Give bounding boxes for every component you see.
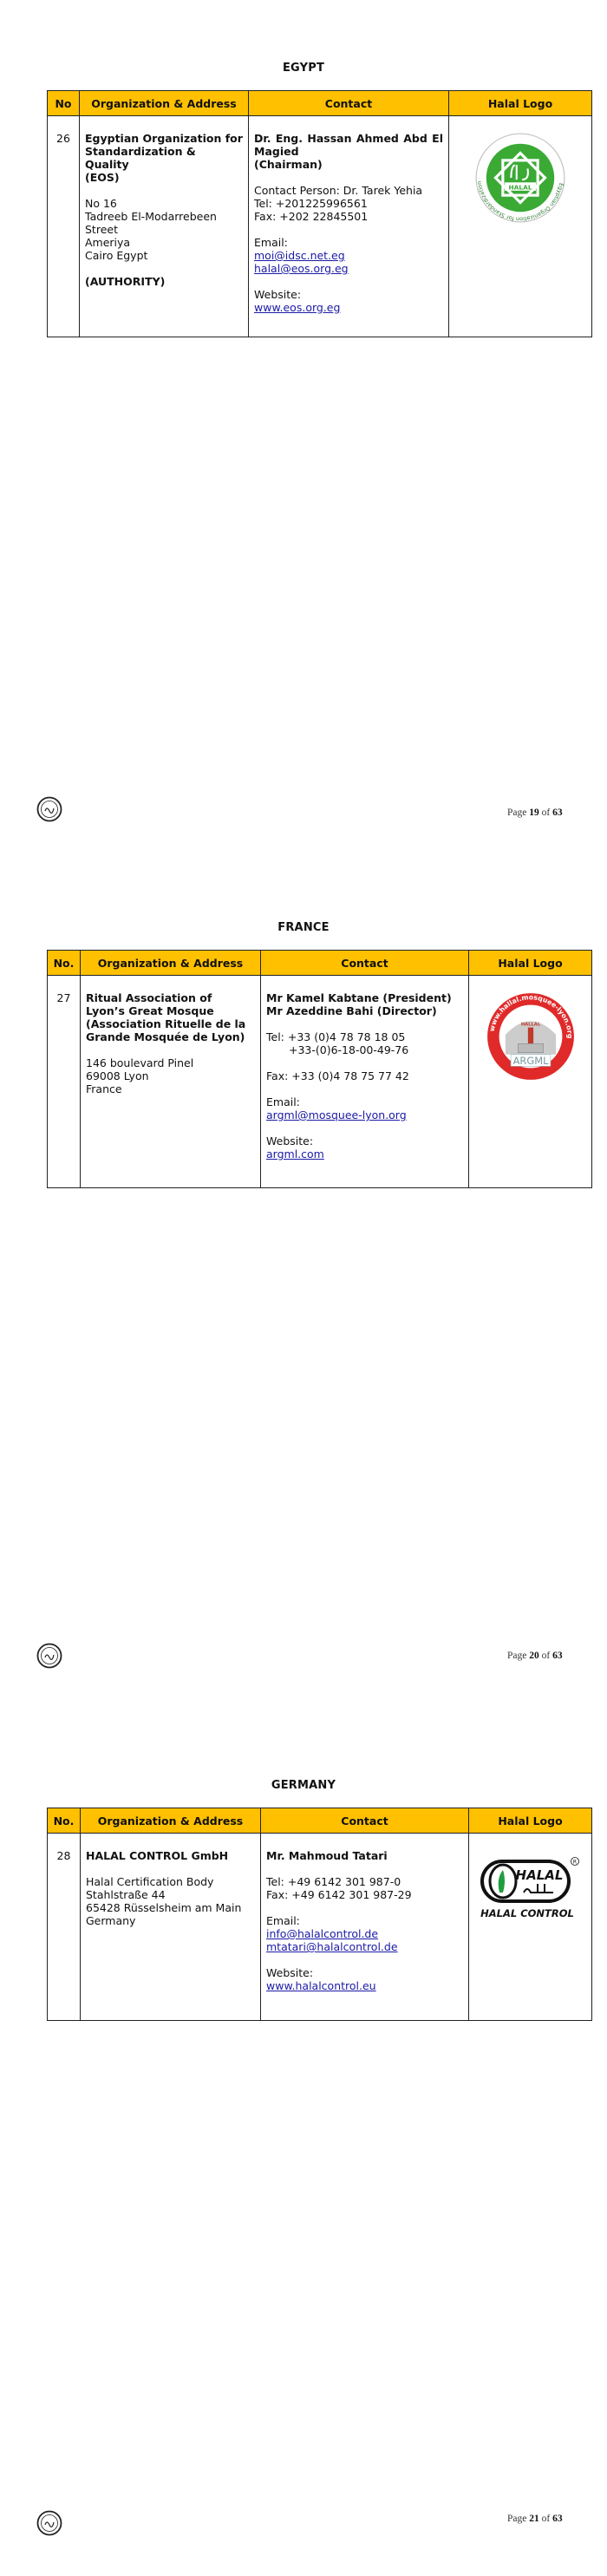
org-name-line: Egyptian Organization for <box>85 132 243 145</box>
entry-no: 27 <box>48 976 81 1188</box>
tel-secondary: +33-(0)6-18-00-49-76 <box>266 1043 463 1056</box>
col-logo: Halal Logo <box>469 951 592 976</box>
contact-cell: Dr. Eng. Hassan Ahmed Abd El Magied (Cha… <box>249 116 449 337</box>
org-name-line: Lyon’s Great Mosque <box>86 1004 255 1017</box>
col-org: Organization & Address <box>81 951 261 976</box>
contact-person: Contact Person: Dr. Tarek Yehia <box>254 184 443 197</box>
jakim-halal-seal-icon <box>36 796 62 822</box>
page-of: of <box>542 1651 551 1661</box>
tel: Tel: +33 (0)4 78 78 18 05 <box>266 1030 463 1043</box>
email-link[interactable]: argml@mosquee-lyon.org <box>266 1108 407 1121</box>
org-cell: Ritual Association of Lyon’s Great Mosqu… <box>81 976 261 1188</box>
org-name-line: HALAL CONTROL GmbH <box>86 1849 255 1862</box>
jakim-halal-seal-icon <box>36 2510 62 2536</box>
col-org: Organization & Address <box>80 91 249 116</box>
address-line: Tadreeb El-Modarrebeen Street <box>85 210 243 236</box>
contact-name: Mr. Mahmoud Tatari <box>266 1849 463 1862</box>
svg-text:HALAL CONTROL: HALAL CONTROL <box>480 1907 574 1919</box>
website-label: Website: <box>266 1966 463 1979</box>
registry-table: No Organization & Address Contact Halal … <box>47 90 592 337</box>
contact-name: Mr Kamel Kabtane (President) <box>266 991 463 1004</box>
website-link[interactable]: www.eos.org.eg <box>254 301 340 314</box>
country-heading: EGYPT <box>0 62 607 75</box>
logo-cell: HALAL Egyptian Organization for Standard… <box>449 116 592 337</box>
tel: Tel: +201225996561 <box>254 197 443 210</box>
fax: Fax: +33 (0)4 78 75 77 42 <box>266 1069 463 1082</box>
website-link[interactable]: argml.com <box>266 1147 324 1161</box>
halal-control-logo-icon: HALAL R HALAL CONTROL <box>477 1854 584 1924</box>
contact-cell: Mr. Mahmoud Tatari Tel: +49 6142 301 987… <box>261 1834 469 2021</box>
contact-cell: Mr Kamel Kabtane (President) Mr Azeddine… <box>261 976 469 1188</box>
org-name-line: Standardization & Quality <box>85 145 243 171</box>
fax: Fax: +202 22845501 <box>254 210 443 223</box>
org-name-line: Grande Mosquée de Lyon) <box>86 1030 255 1043</box>
address-line: Germany <box>86 1914 255 1927</box>
page-total: 63 <box>552 807 563 818</box>
table-row: 26 Egyptian Organization for Standardiza… <box>48 116 592 337</box>
col-contact: Contact <box>249 91 449 116</box>
email-link[interactable]: mtatari@halalcontrol.de <box>266 1940 398 1953</box>
country-heading: FRANCE <box>0 921 607 934</box>
col-no: No. <box>48 951 81 976</box>
entry-no: 28 <box>48 1834 81 2021</box>
col-contact: Contact <box>261 951 469 976</box>
country-heading: GERMANY <box>0 1779 607 1792</box>
svg-text:HALLAL: HALLAL <box>520 1023 540 1028</box>
page-prefix: Page <box>507 807 526 818</box>
col-org: Organization & Address <box>81 1808 261 1834</box>
email-link[interactable]: info@halalcontrol.de <box>266 1927 378 1940</box>
svg-text:HALAL: HALAL <box>515 1867 563 1883</box>
address-line: No 16 <box>85 197 243 210</box>
page-number: Page 21 of 63 <box>507 2514 563 2524</box>
eos-halal-logo-icon: HALAL Egyptian Organization for Standard… <box>474 132 566 224</box>
col-no: No. <box>48 1808 81 1834</box>
fax: Fax: +49 6142 301 987-29 <box>266 1888 463 1901</box>
email-link[interactable]: moi@idsc.net.eg <box>254 249 345 262</box>
address-line: Ameriya <box>85 236 243 249</box>
org-name-line: Ritual Association of <box>86 991 255 1004</box>
address-line: Stahlstraße 44 <box>86 1888 255 1901</box>
col-logo: Halal Logo <box>469 1808 592 1834</box>
page-21: GERMANY No. Organization & Address Conta… <box>0 1717 607 2576</box>
address-line: 65428 Rüsselsheim am Main <box>86 1901 255 1914</box>
jakim-halal-seal-icon <box>36 1643 62 1669</box>
table-row: 27 Ritual Association of Lyon’s Great Mo… <box>48 976 592 1188</box>
contact-name: Mr Azeddine Bahi (Director) <box>266 1004 463 1017</box>
address-line: 146 boulevard Pinel <box>86 1056 255 1069</box>
email-label: Email: <box>254 236 443 249</box>
col-logo: Halal Logo <box>449 91 592 116</box>
entry-no: 26 <box>48 116 80 337</box>
address-line: Halal Certification Body <box>86 1875 255 1888</box>
email-label: Email: <box>266 1914 463 1927</box>
page-current: 19 <box>529 807 539 818</box>
page-20: FRANCE No. Organization & Address Contac… <box>0 859 607 1717</box>
website-label: Website: <box>254 288 443 301</box>
org-name-line: (Association Rituelle de la <box>86 1017 255 1030</box>
page-current: 21 <box>529 2514 539 2524</box>
logo-cell: ARGML HALLAL www.hallal.mosquee-lyon.org <box>469 976 592 1188</box>
table-header: No. Organization & Address Contact Halal… <box>48 1808 592 1834</box>
org-name-line: (EOS) <box>85 171 243 184</box>
page-of: of <box>542 2514 551 2524</box>
page-total: 63 <box>552 1651 563 1661</box>
email-label: Email: <box>266 1095 463 1108</box>
registry-table: No. Organization & Address Contact Halal… <box>47 950 592 1188</box>
page-prefix: Page <box>507 1651 526 1661</box>
tel: Tel: +49 6142 301 987-0 <box>266 1875 463 1888</box>
registry-table: No. Organization & Address Contact Halal… <box>47 1808 592 2021</box>
address-line: France <box>86 1082 255 1095</box>
argml-halal-logo-icon: ARGML HALLAL www.hallal.mosquee-lyon.org <box>486 991 576 1082</box>
page-number: Page 20 of 63 <box>507 1651 563 1661</box>
table-header: No. Organization & Address Contact Halal… <box>48 951 592 976</box>
org-cell: HALAL CONTROL GmbH Halal Certification B… <box>81 1834 261 2021</box>
address-line: 69008 Lyon <box>86 1069 255 1082</box>
svg-text:HALAL: HALAL <box>508 183 532 191</box>
page-total: 63 <box>552 2514 563 2524</box>
contact-name: Dr. Eng. Hassan Ahmed Abd El Magied <box>254 132 443 158</box>
svg-text:ARGML: ARGML <box>512 1055 549 1067</box>
page-current: 20 <box>529 1651 539 1661</box>
website-label: Website: <box>266 1134 463 1147</box>
org-cell: Egyptian Organization for Standardizatio… <box>80 116 249 337</box>
contact-role: (Chairman) <box>254 158 443 171</box>
page-number: Page 19 of 63 <box>507 807 563 818</box>
email-link[interactable]: halal@eos.org.eg <box>254 262 349 275</box>
address-line: Cairo Egypt <box>85 249 243 262</box>
table-header: No Organization & Address Contact Halal … <box>48 91 592 116</box>
page-19: EGYPT No Organization & Address Contact … <box>0 0 607 859</box>
table-row: 28 HALAL CONTROL GmbH Halal Certificatio… <box>48 1834 592 2021</box>
col-no: No <box>48 91 80 116</box>
logo-cell: HALAL R HALAL CONTROL <box>469 1834 592 2021</box>
page-prefix: Page <box>507 2514 526 2524</box>
authority-label: (AUTHORITY) <box>85 275 243 288</box>
website-link[interactable]: www.halalcontrol.eu <box>266 1979 376 1992</box>
svg-text:R: R <box>572 1860 576 1866</box>
col-contact: Contact <box>261 1808 469 1834</box>
page-of: of <box>542 807 551 818</box>
